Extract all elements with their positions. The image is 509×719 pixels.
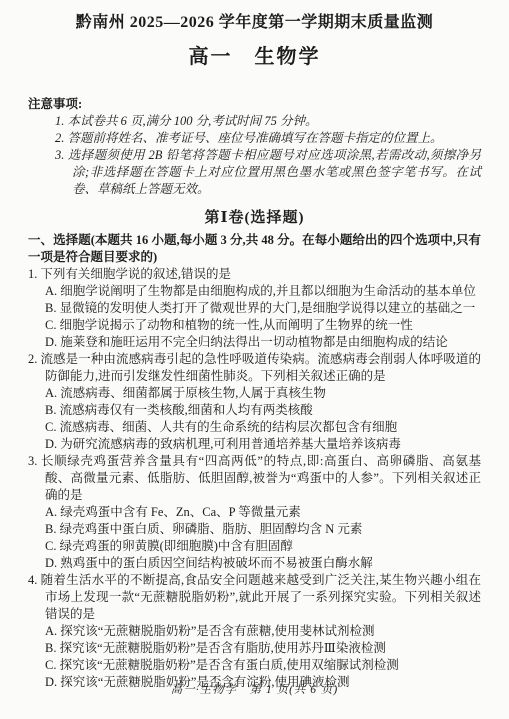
exam-paper-page: 黔南州 2025—2026 学年度第一学期期末质量监测 高一 生物学 注意事项:… [0, 0, 509, 719]
question-3: 3.长顺绿壳鸡蛋营养含量具有“四高两低”的特点,即:高蛋白、高卵磷脂、高氨基酸、… [28, 453, 481, 572]
section-1-heading: 第Ⅰ卷(选择题) [28, 208, 481, 228]
question-3-option-b: B. 绿壳鸡蛋中蛋白质、卵磷脂、脂肪、胆固醇均含 N 元素 [28, 521, 481, 538]
question-1: 1.下列有关细胞学说的叙述,错误的是 A. 细胞学说阐明了生物都是由细胞构成的,… [28, 266, 481, 351]
question-3-option-a: A. 绿壳鸡蛋中含有 Fe、Zn、Ca、P 等微量元素 [28, 504, 481, 521]
question-2: 2.流感是一种由流感病毒引起的急性呼吸道传染病。流感病毒会削弱人体呼吸道的防御能… [28, 351, 481, 453]
question-4: 4.随着生活水平的不断提高,食品安全问题越来越受到广泛关注,某生物兴趣小组在市场… [28, 572, 481, 691]
question-1-number: 1. [28, 267, 37, 281]
notice-item-3: 3. 选择题须使用 2B 铅笔将答题卡相应题号对应选项涂黑,若需改动,须擦净另涂… [28, 147, 481, 198]
section-1-intro: 一、选择题(本题共 16 小题,每小题 3 分,共 48 分。在每小题给出的四个… [28, 232, 481, 266]
page-footer: 高一·生物学 第 1 页(共 6 页) [0, 682, 509, 699]
question-2-option-a: A. 流感病毒、细菌都属于原核生物,人属于真核生物 [28, 385, 481, 402]
question-1-option-d: D. 施莱登和施旺运用不完全归纳法得出一切动植物都是由细胞构成的结论 [28, 334, 481, 351]
notice-item-2: 2. 答题前将姓名、准考证号、座位号准确填写在答题卡指定的位置上。 [28, 130, 481, 147]
question-2-text: 流感是一种由流感病毒引起的急性呼吸道传染病。流感病毒会削弱人体呼吸道的防御能力,… [40, 352, 481, 383]
question-2-stem: 2.流感是一种由流感病毒引起的急性呼吸道传染病。流感病毒会削弱人体呼吸道的防御能… [28, 351, 481, 385]
question-2-number: 2. [28, 352, 37, 366]
question-3-stem: 3.长顺绿壳鸡蛋营养含量具有“四高两低”的特点,即:高蛋白、高卵磷脂、高氨基酸、… [28, 453, 481, 504]
question-4-number: 4. [28, 573, 37, 587]
notice-heading: 注意事项: [28, 96, 481, 113]
question-2-option-b: B. 流感病毒仅有一类核酸,细菌和人均有两类核酸 [28, 402, 481, 419]
question-2-option-d: D. 为研究流感病毒的致病机理,可利用普通培养基大量培养该病毒 [28, 436, 481, 453]
paper-subtitle: 高一 生物学 [28, 44, 481, 70]
question-3-text: 长顺绿壳鸡蛋营养含量具有“四高两低”的特点,即:高蛋白、高卵磷脂、高氨基酸、高微… [40, 454, 481, 502]
question-3-option-c: C. 绿壳鸡蛋的卵黄膜(即细胞膜)中含有胆固醇 [28, 538, 481, 555]
question-4-stem: 4.随着生活水平的不断提高,食品安全问题越来越受到广泛关注,某生物兴趣小组在市场… [28, 572, 481, 623]
question-4-option-a: A. 探究该“无蔗糖脱脂奶粉”是否含有蔗糖,使用斐林试剂检测 [28, 623, 481, 640]
question-1-stem: 1.下列有关细胞学说的叙述,错误的是 [28, 266, 481, 283]
question-2-option-c: C. 流感病毒、细菌、人共有的生命系统的结构层次都包含有细胞 [28, 419, 481, 436]
question-4-text: 随着生活水平的不断提高,食品安全问题越来越受到广泛关注,某生物兴趣小组在市场上发… [40, 573, 481, 621]
paper-title: 黔南州 2025—2026 学年度第一学期期末质量监测 [28, 12, 481, 34]
question-4-option-b: B. 探究该“无蔗糖脱脂奶粉”是否含有脂肪,使用苏丹Ⅲ染液检测 [28, 640, 481, 657]
notice-item-1: 1. 本试卷共 6 页,满分 100 分,考试时间 75 分钟。 [28, 113, 481, 130]
question-1-text: 下列有关细胞学说的叙述,错误的是 [40, 267, 231, 281]
notice-section: 注意事项: 1. 本试卷共 6 页,满分 100 分,考试时间 75 分钟。 2… [28, 96, 481, 198]
question-3-number: 3. [28, 454, 37, 468]
question-3-option-d: D. 熟鸡蛋中的蛋白质因空间结构被破坏而不易被蛋白酶水解 [28, 555, 481, 572]
question-1-option-c: C. 细胞学说揭示了动物和植物的统一性,从而阐明了生物界的统一性 [28, 317, 481, 334]
question-1-option-b: B. 显微镜的发明使人类打开了微观世界的大门,是细胞学说得以建立的基础之一 [28, 300, 481, 317]
question-1-option-a: A. 细胞学说阐明了生物都是由细胞构成的,并且都以细胞为生命活动的基本单位 [28, 283, 481, 300]
question-4-option-c: C. 探究该“无蔗糖脱脂奶粉”是否含有蛋白质,使用双缩脲试剂检测 [28, 657, 481, 674]
